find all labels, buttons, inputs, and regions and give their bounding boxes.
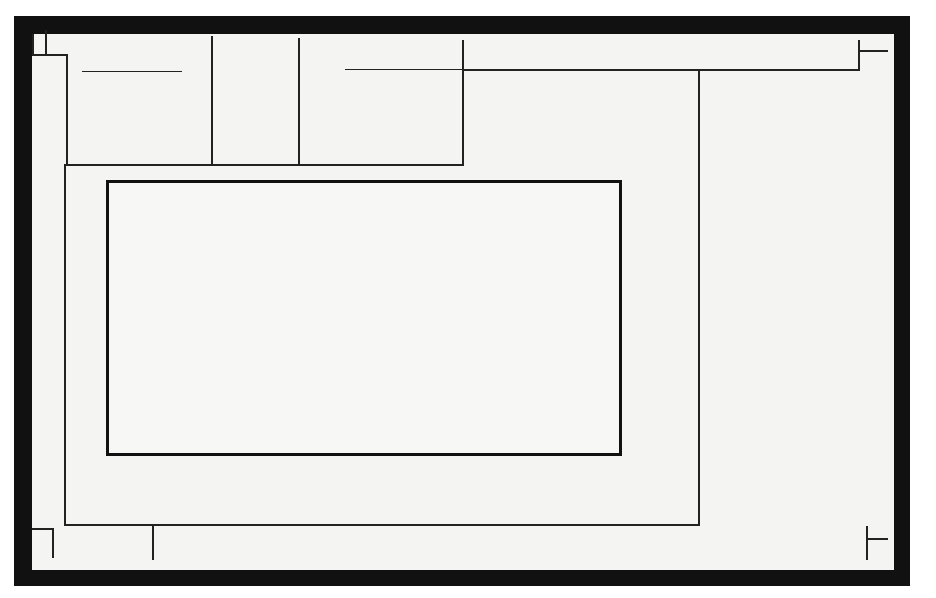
divider [698,70,700,526]
divider [32,34,34,54]
divider [64,164,66,526]
divider [298,38,300,166]
divider [45,30,47,56]
divider [858,40,860,70]
divider [866,526,868,560]
divider [152,526,154,560]
bibliographic-entry [106,180,622,456]
divider [211,36,213,166]
divider [345,69,463,70]
divider [66,54,68,166]
divider [52,528,54,558]
divider [858,50,888,52]
divider [66,164,464,166]
divider [32,54,66,56]
divider [64,524,700,526]
divider [462,40,464,166]
divider [462,69,860,71]
divider [82,71,182,72]
divider [32,528,54,530]
divider [868,538,888,540]
